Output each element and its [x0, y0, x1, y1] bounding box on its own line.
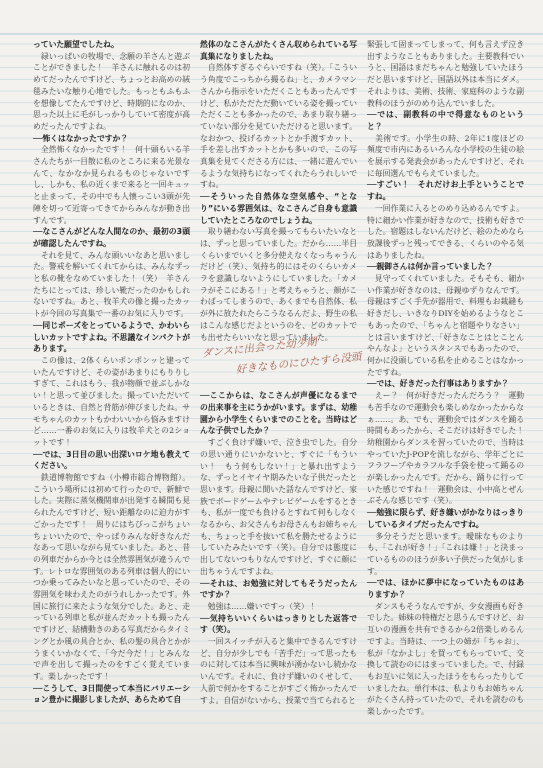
interviewee-answer: 鉄道博物館ですね（小樽市総合博物館）。こういう場所には初めて行ったので、新鮮でし… [33, 472, 190, 683]
interviewer-question: ──では、ほかに夢中になっていたものはありますか？ [367, 577, 524, 600]
interviewer-question: ──勉強に限らず、好き嫌いがかなりはっきりしているタイプだったんですね。 [367, 507, 524, 530]
handwritten-note-line: 好きなものにひたすら没頭 [235, 351, 362, 376]
interviewee-answer: 一回作業に入るとのめり込めるんですよ。特に細かい作業が好きなので、技術も好きでし… [367, 203, 524, 262]
text-column-1: っていた願望でしたね。 緑いっぱいの牧場で、念願の羊さんと遊ぶことができました！… [33, 39, 190, 718]
text-column-2: 然体のなこさんがたくさん収められている写真集になりましたね。 自然体すぎるぐらい… [200, 39, 357, 718]
interviewer-question: ──すごい！ それだけお上手ということですね。 [367, 179, 524, 202]
interviewer-question: ──同じポーズをとっているようで、かわいらしいカットですよね。不思議なインパクト… [33, 320, 190, 355]
interviewer-question: ──こうして、3日間使って本当にバリエーション豊かに撮影しましたが、あらためて自 [33, 683, 190, 706]
interviewer-question: ──そういった自然体な空気感や、“となり”にいる雰囲気は、なこさんご自身も意識し… [200, 191, 357, 226]
interviewee-answer: 取り繕わない写真を撮ってもらいたいなとは、ずっと思っていました。だから……半目く… [200, 226, 357, 343]
interviewer-question: ──怖くはなかったですか？ [33, 133, 190, 145]
text-column-3: 緊張して固まってしまって、何も言えず泣き出すようなこともありました。主要教科でい… [367, 39, 524, 718]
interviewee-answer: 一回スイッチが入ると集中できるんですけど、自分が少しでも「苦手だ」って思ったもの… [200, 636, 357, 706]
interviewee-answer: 全然怖くなかったです！ 何十頭もいる羊さんたちが一目散に私のところに来る光景なん… [33, 144, 190, 226]
interviewer-question: ──それは、お勉強に対してもそうだったんですか？ [200, 578, 357, 601]
interviewer-question: ──気持ちいいくらいはっきりとした返答です（笑）。 [200, 613, 357, 636]
interviewee-answer: それを見て、みんな頭いいなあと思いました。警戒を解いてくれてからは、みんなずっと… [33, 250, 190, 320]
interviewee-answer: ダンスもそうなんですが、少女漫画も好きでした。姉妹の特権だと思うんですけど、お互… [367, 601, 524, 718]
interviewee-answer: 美術です。小学生の時、2年に1度ほどの頻度で市内にあるいろんな小学校の生徒の絵を… [367, 133, 524, 180]
interviewer-question: っていた願望でしたね。 [33, 39, 190, 51]
interviewee-answer: 多分そうだと思います。曖昧なものよりも、「これが好き！」「これは嫌！」と決まって… [367, 531, 524, 578]
interviewer-question: ──なこさんがどんな人間なのか、最初の3頭が確認したんですね。 [33, 226, 190, 249]
interviewer-question: ──では、副教科の中で得意なものというと？ [367, 109, 524, 132]
interviewee-answer: 緑いっぱいの牧場で、念願の羊さんと遊ぶことができました！ 羊さんに触れるのは初め… [33, 51, 190, 133]
interviewer-question: ──では、3日目の思い出深いロケ地も教えてください。 [33, 449, 190, 472]
interviewer-question: ──では、好きだった行事はありますか？ [367, 378, 524, 390]
handwritten-annotation: ダンスに出会った幼少期好きなものにひたすら没頭 [200, 343, 357, 390]
interviewer-question: 然体のなこさんがたくさん収められている写真集になりましたね。 [200, 39, 357, 62]
interviewee-answer: 緊張して固まってしまって、何も言えず泣き出すようなこともありました。主要教科でい… [367, 39, 524, 109]
interviewer-question: ──親御さんは何か言っていました？ [367, 261, 524, 273]
interviewee-answer: 見守ってくれていました。そもそも、細かい作業が好きなのは、母親ゆずりなんです。母… [367, 273, 524, 378]
interviewer-question: ──ここからは、なこさんが声優になるまでの出来事を主にうかがいます。まずは、幼稚… [200, 390, 357, 437]
magazine-page: っていた願望でしたね。 緑いっぱいの牧場で、念願の羊さんと遊ぶことができました！… [0, 0, 543, 768]
interviewee-answer: この像は、2体くらいポンポンッと建っていたんですけど、その姿があまりにもりりしす… [33, 355, 190, 449]
interviewee-answer: 勉強は……嫌いですっ（笑）！ [200, 601, 357, 613]
article-columns: っていた願望でしたね。 緑いっぱいの牧場で、念願の羊さんと遊ぶことができました！… [33, 39, 524, 718]
interviewee-answer: 自然体すぎるぐらいですね（笑）。「こういう角度でこっちから撮るね」と、カメラマン… [200, 62, 357, 191]
interviewee-answer: すごく負けず嫌いで、泣き虫でした。自分の思い通りにいかないと、すぐに「もういい！… [200, 437, 357, 577]
interviewee-answer: えー？ 何が好きだったんだろう？ 運動も苦手なので運動会も楽しめなかったからなぁ… [367, 390, 524, 507]
